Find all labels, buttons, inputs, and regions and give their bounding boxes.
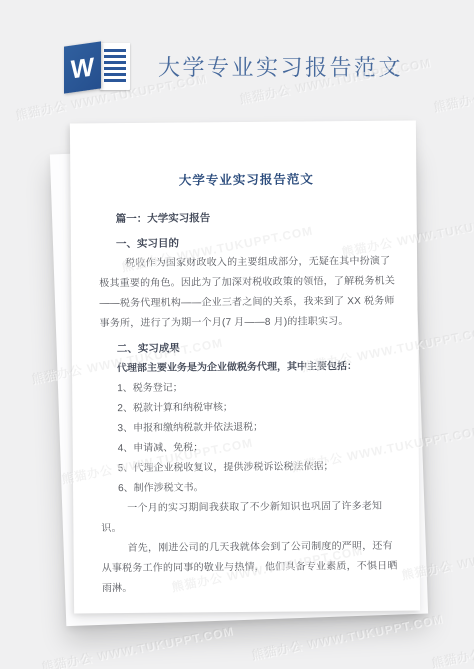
doc-item: 5、代理企业税收复议，提供涉税诉讼税法依据；: [118, 457, 397, 479]
doc-heading: 二、实习成果: [117, 337, 396, 359]
doc-item: 4、申请减、免税；: [118, 437, 397, 459]
doc-lead: 代理部主要业务是为企业做税务代理，其中主要包括：: [117, 357, 396, 379]
doc-paragraph: 税收作为国家财政收入的主要组成部分，无疑在其中扮演了极其重要的角色。因此为了加深…: [99, 252, 396, 335]
paper-sheet-front: 大学专业实习报告范文 篇一：大学实习报告一、实习目的税收作为国家财政收入的主要组…: [70, 120, 420, 613]
watermark-text: 熊猫办公 WWW.TUKUPPT.COM: [430, 618, 474, 669]
doc-item: 3、申报和缴纳税款并依法退税；: [117, 417, 396, 439]
word-logo-letter: W: [71, 53, 94, 82]
doc-paragraph: 首先，刚进公司的几天我就体会到了公司制度的严明，还有从事税务工作的同事的敬业与热…: [101, 537, 398, 600]
doc-item: 1、税务登记；: [117, 377, 396, 399]
word-icon: W: [64, 38, 130, 96]
doc-heading: 篇一：大学实习报告: [116, 207, 395, 229]
doc-blocks: 篇一：大学实习报告一、实习目的税收作为国家财政收入的主要组成部分，无疑在其中扮演…: [99, 207, 398, 600]
word-logo-icon: W: [64, 41, 101, 93]
document-title: 大学专业实习报告范文: [98, 169, 394, 192]
word-document-lines-icon: [104, 49, 126, 83]
header: W 大学专业实习报告范文: [0, 0, 474, 110]
word-document-page-icon: [100, 43, 130, 90]
doc-item: 2、税款计算和纳税审核；: [117, 397, 396, 419]
doc-heading: 一、实习目的: [116, 232, 395, 254]
document-content: 大学专业实习报告范文 篇一：大学实习报告一、实习目的税收作为国家财政收入的主要组…: [70, 120, 420, 613]
template-preview: W 大学专业实习报告范文 大学专业实习报告范文 篇一：大学实习报告一、实习目的税…: [0, 0, 474, 669]
header-title: 大学专业实习报告范文: [158, 55, 403, 81]
doc-paragraph: 一个月的实习期间我获取了不少新知识也巩固了许多老知识。: [101, 497, 397, 540]
doc-item: 6、制作涉税文书。: [118, 477, 397, 499]
watermark-text: 熊猫办公 WWW.TUKUPPT.COM: [40, 622, 234, 669]
